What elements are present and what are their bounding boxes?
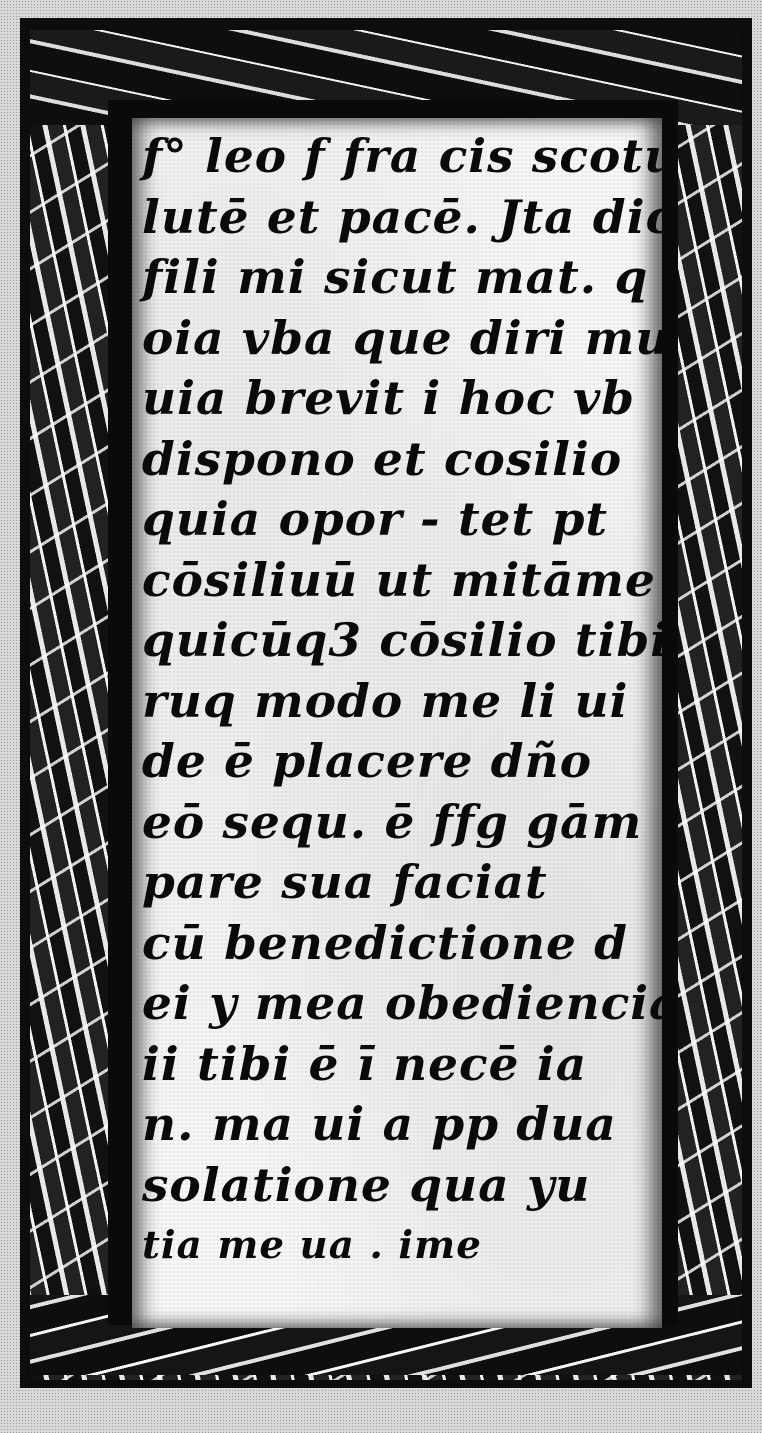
manuscript-line: solatione qua yu <box>142 1155 662 1216</box>
manuscript-line: cū benedictione d <box>142 913 662 974</box>
manuscript-line: ii tibi ē ī necē ia <box>142 1034 662 1095</box>
manuscript-line: cōsiliuū ut mitāme <box>142 550 662 611</box>
manuscript-line: n. ma ui a pp dua <box>142 1094 662 1155</box>
manuscript-line: uia brevit i hoc vb <box>142 368 662 429</box>
manuscript-text: f° leo f fra cis scotuo lutē et pacē. Jt… <box>142 126 662 1276</box>
manuscript-line: fili mi sicut mat. q <box>142 247 662 308</box>
manuscript-line: ei y mea obediencia <box>142 973 662 1034</box>
manuscript-line: lutē et pacē. Jta dico tib <box>142 187 662 248</box>
manuscript-line: pare sua faciat <box>142 852 662 913</box>
manuscript-page: f° leo f fra cis scotuo lutē et pacē. Jt… <box>132 118 662 1328</box>
manuscript-line: quicūq3 cōsilio tibi <box>142 610 662 671</box>
manuscript-line: ruq modo me li ui <box>142 671 662 732</box>
manuscript-line: de ē placere dño <box>142 731 662 792</box>
manuscript-line: quia opor - tet pt <box>142 489 662 550</box>
manuscript-line: dispono et cosilio <box>142 429 662 490</box>
manuscript-line: tia me ua . ime <box>142 1215 662 1276</box>
manuscript-line: oia vba que diri mul <box>142 308 662 369</box>
manuscript-line: eō sequ. ē ffg gām <box>142 792 662 853</box>
manuscript-line: f° leo f fra cis scotuo <box>142 126 662 187</box>
